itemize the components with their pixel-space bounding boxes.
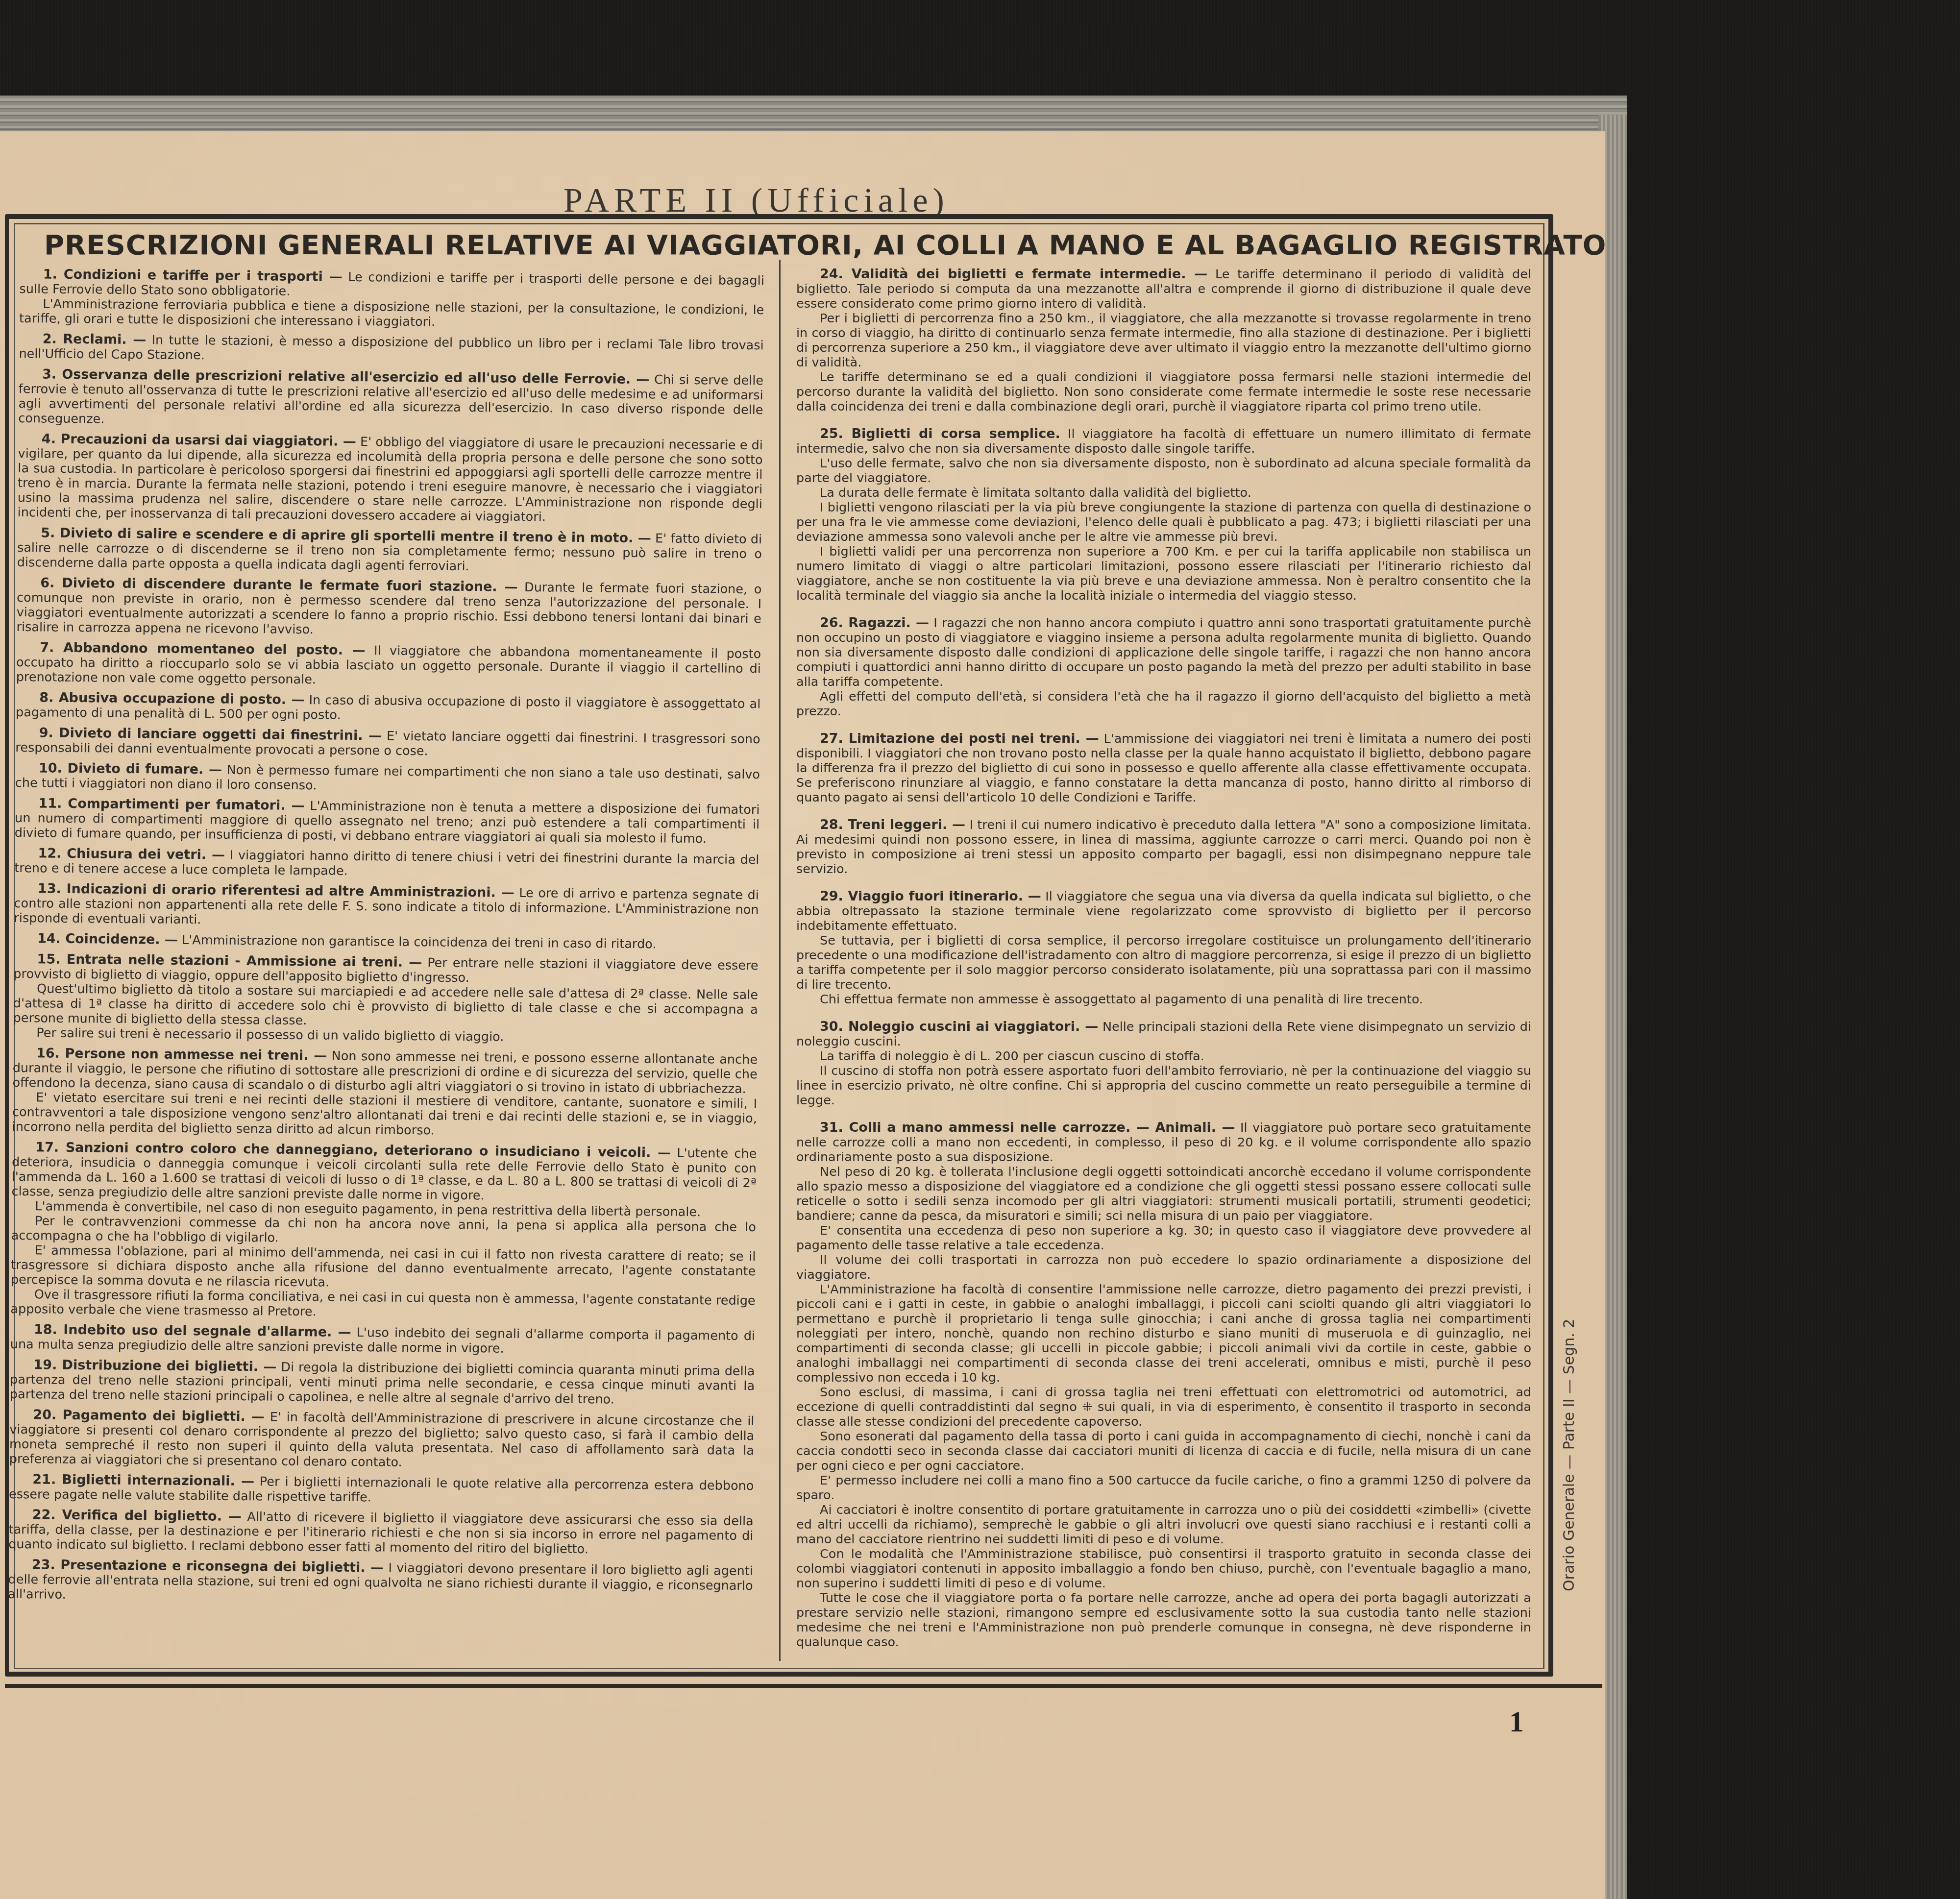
article-heading: Colli a mano ammessi nelle carrozze. — A… [849,1120,1235,1135]
article-paragraph: La durata delle fermate è limitata solta… [796,486,1531,500]
article-heading: Condizioni e tariffe per i trasporti — [64,267,343,285]
article-title: 20. Pagamento dei biglietti. — [33,1407,265,1424]
article-paragraph: 19. Distribuzione dei biglietti. — Di re… [10,1358,755,1408]
article: 20. Pagamento dei biglietti. — E' in fac… [9,1408,755,1473]
article-number: 29. [820,889,843,904]
article-paragraph: Quest'ultimo biglietto dà titolo a sosta… [13,981,758,1032]
article-text: Chi effettua fermate non ammesse è assog… [820,992,1423,1007]
article-paragraph: 27. Limitazione dei posti nei treni. — L… [796,731,1531,805]
article: 17. Sanzioni contro coloro che danneggia… [10,1140,757,1323]
article-number: 12. [38,846,61,861]
article-heading: Treni leggeri. — [848,817,965,832]
article-title: 22. Verifica del biglietto. — [32,1507,242,1524]
article-paragraph: Ai cacciatori è inoltre consentito di po… [796,1503,1531,1547]
article: 18. Indebito uso del segnale d'allarme. … [10,1322,755,1358]
article-heading: Limitazione dei posti nei treni. — [849,731,1099,746]
article-paragraph: E' vietato esercitare sui treni e nei re… [12,1090,758,1141]
article: 12. Chiusura dei vetri. — I viaggiatori … [14,846,759,882]
article-text: I biglietti vengono rilasciati per la vi… [796,500,1531,544]
article-paragraph: 9. Divieto di lanciare oggetti dai fines… [15,726,760,761]
article-text: Per i biglietti di percorrenza fino a 25… [796,311,1531,370]
article: 31. Colli a mano ammessi nelle carrozze.… [796,1120,1531,1650]
article-title: 30. Noleggio cuscini ai viaggiatori. — [820,1019,1098,1034]
article-number: 26. [820,615,843,631]
article-number: 10. [39,760,62,776]
article-text: L'uso delle fermate, salvo che non sia d… [796,456,1531,486]
article-text: L'Amministrazione non garantisce la coin… [182,933,657,951]
article-number: 22. [32,1507,56,1522]
article: 8. Abusiva occupazione di posto. — In ca… [16,690,760,726]
article-heading: Pagamento dei biglietti. — [62,1408,265,1425]
article-paragraph: Con le modalità che l'Amministrazione st… [796,1547,1531,1591]
article-heading: Distribuzione dei biglietti. — [62,1358,276,1375]
article-paragraph: 24. Validità dei biglietti e fermate int… [796,267,1531,311]
article-paragraph: 14. Coincidenze. — L'Amministrazione non… [14,931,759,952]
article: 6. Divieto di discendere durante le ferm… [16,576,761,641]
article-paragraph: E' permesso includere nei colli a mano f… [796,1473,1531,1503]
article-number: 9. [39,725,53,740]
article-paragraph: 31. Colli a mano ammessi nelle carrozze.… [796,1120,1531,1165]
article-heading: Chiusura dei vetri. — [67,846,225,863]
article-paragraph: Chi effettua fermate non ammesse è assog… [796,992,1531,1007]
article-text: E' permesso includere nei colli a mano f… [796,1473,1531,1503]
article: 10. Divieto di fumare. — Non è permesso … [15,761,760,797]
article-paragraph: 8. Abusiva occupazione di posto. — In ca… [16,690,760,726]
article-text: L'Amministrazione ferroviaria pubblica e… [19,296,764,329]
article-paragraph: 3. Osservanza delle prescrizioni relativ… [18,367,763,432]
article-number: 20. [33,1407,56,1422]
article: 22. Verifica del biglietto. — All'atto d… [8,1508,754,1558]
article-paragraph: Il volume dei colli trasportati in carro… [796,1253,1531,1282]
article-number: 15. [37,951,61,967]
column-divider [779,260,781,1661]
article-text: Con le modalità che l'Amministrazione st… [796,1547,1531,1591]
article-number: 2. [43,331,57,346]
article-number: 8. [39,690,53,705]
article-paragraph: 7. Abbandono momentaneo del posto. — Il … [16,640,761,691]
article-text: Il cuscino di stoffa non potrà essere as… [796,1064,1531,1108]
article-heading: Noleggio cuscini ai viaggiatori. — [848,1019,1098,1034]
article-heading: Divieto di fumare. — [68,761,222,778]
article-text: Agli effetti del computo dell'età, si co… [796,689,1531,719]
article-paragraph: Ove il trasgressore rifiuti la forma con… [10,1287,755,1323]
article-paragraph: L'Amministrazione ha facoltà di consenti… [796,1282,1531,1385]
article-number: 28. [820,817,843,832]
article-paragraph: I biglietti vengono rilasciati per la vi… [796,500,1531,544]
left-column: 1. Condizioni e tariffe per i trasporti … [8,267,764,1614]
article-paragraph: 18. Indebito uso del segnale d'allarme. … [10,1322,755,1358]
article-heading: Coincidenze. — [65,931,178,948]
article-number: 5. [41,525,55,540]
article-title: 14. Coincidenze. — [37,931,178,948]
article: 11. Compartimenti per fumatori. — L'Ammi… [15,796,760,847]
article-number: 6. [40,575,54,590]
article-heading: Persone non ammesse nei treni. — [65,1046,327,1064]
article: 29. Viaggio fuori itinerario. — Il viagg… [796,889,1531,1007]
article-heading: Abusiva occupazione di posto. — [59,690,305,707]
article-title: 12. Chiusura dei vetri. — [38,846,225,862]
article-paragraph: Nel peso di 20 kg. è tollerata l'inclusi… [796,1165,1531,1223]
article-number: 3. [42,366,56,382]
article-text: E' vietato esercitare sui treni e nei re… [12,1090,758,1138]
article-paragraph: 26. Ragazzi. — I ragazzi che non hanno a… [796,616,1531,689]
article: 30. Noleggio cuscini ai viaggiatori. — N… [796,1020,1531,1108]
article-title: 26. Ragazzi. — [820,615,929,631]
article-number: 16. [36,1046,60,1061]
article-paragraph: La tariffa di noleggio è di L. 200 per c… [796,1049,1531,1064]
article-title: 24. Validità dei biglietti e fermate int… [820,267,1207,282]
article-title: 29. Viaggio fuori itinerario. — [820,889,1041,904]
article: 23. Presentazione e riconsegna dei bigli… [8,1558,753,1608]
article-paragraph: 28. Treni leggeri. — I treni il cui nume… [796,818,1531,876]
article-number: 11. [38,796,62,811]
article-number: 18. [34,1322,57,1337]
article-paragraph: E' consentita una eccedenza di peso non … [796,1223,1531,1253]
article: 5. Divieto di salire e scendere e di apr… [17,526,762,576]
article-number: 7. [40,640,54,655]
article-paragraph: 4. Precauzioni da usarsi dai viaggiatori… [17,432,763,526]
article-number: 19. [33,1357,57,1372]
article-number: 25. [820,426,843,441]
article-paragraph: I biglietti validi per una percorrenza n… [796,544,1531,603]
article-title: 19. Distribuzione dei biglietti. — [33,1357,276,1374]
article-heading: Verifica del biglietto. — [62,1508,242,1524]
article: 13. Indicazioni di orario riferentesi ad… [14,881,759,932]
article-paragraph: 10. Divieto di fumare. — Non è permesso … [15,761,760,797]
article-heading: Validità dei biglietti e fermate interme… [852,267,1208,282]
article: 9. Divieto di lanciare oggetti dai fines… [15,726,760,761]
side-caption: Orario Generale — Parte II — Segn. 2 [1561,1284,1585,1627]
article-heading: Reclami. — [63,332,146,347]
article-paragraph: 17. Sanzioni contro coloro che danneggia… [11,1140,757,1205]
article: 25. Biglietti di corsa semplice. Il viag… [796,427,1531,603]
article-text: L'Amministrazione ha facoltà di consenti… [796,1282,1531,1385]
article-number: 24. [820,267,843,282]
page-number: 1 [1509,1705,1524,1739]
article-paragraph: Sono esclusi, di massima, i cani di gros… [796,1385,1531,1429]
article-number: 4. [42,431,56,446]
article: 21. Biglietti internazionali. — Per i bi… [9,1472,754,1508]
article-number: 14. [37,931,61,946]
article-paragraph: Se tuttavia, per i biglietti di corsa se… [796,933,1531,992]
article-paragraph: L'Amministrazione ferroviaria pubblica e… [19,296,764,332]
article-text: I biglietti validi per una percorrenza n… [796,544,1531,603]
article-number: 31. [820,1120,843,1135]
article-number: 30. [820,1019,843,1034]
article-text: Quest'ultimo biglietto dà titolo a sosta… [13,981,758,1028]
article-paragraph: Le tariffe determinano se ed a quali con… [796,370,1531,414]
article-paragraph: 29. Viaggio fuori itinerario. — Il viagg… [796,889,1531,933]
article-title: 2. Reclami. — [43,331,147,347]
article: 24. Validità dei biglietti e fermate int… [796,267,1531,414]
article-title: 11. Compartimenti per fumatori. — [38,796,304,813]
article-heading: Biglietti internazionali. — [62,1472,254,1489]
article-text: Il volume dei colli trasportati in carro… [796,1253,1531,1282]
article-text: E' obbligo del viaggiatore di usare le p… [17,435,763,524]
article-heading: Biglietti di corsa semplice. [851,426,1060,441]
article-text: E' ammessa l'oblazione, pari al minimo d… [11,1243,756,1290]
article-paragraph: Agli effetti del computo dell'età, si co… [796,689,1531,719]
main-heading: PRESCRIZIONI GENERALI RELATIVE AI VIAGGI… [44,229,1553,261]
article: 14. Coincidenze. — L'Amministrazione non… [14,931,759,952]
article-paragraph: 16. Persone non ammesse nei treni. — Non… [12,1046,758,1096]
article-paragraph: 25. Biglietti di corsa semplice. Il viag… [796,427,1531,456]
article-paragraph: 12. Chiusura dei vetri. — I viaggiatori … [14,846,759,882]
article-paragraph: 30. Noleggio cuscini ai viaggiatori. — N… [796,1020,1531,1049]
article-heading: Ragazzi. — [848,615,929,631]
article-text: Nel peso di 20 kg. è tollerata l'inclusi… [796,1165,1531,1223]
article-paragraph: 13. Indicazioni di orario riferentesi ad… [14,881,759,932]
article-paragraph: Per i biglietti di percorrenza fino a 25… [796,311,1531,370]
article: 28. Treni leggeri. — I treni il cui nume… [796,818,1531,876]
article-paragraph: 23. Presentazione e riconsegna dei bigli… [8,1558,753,1608]
book-page-edges-top [0,96,1627,135]
article: 1. Condizioni e tariffe per i trasporti … [19,267,764,332]
article-paragraph: 21. Biglietti internazionali. — Per i bi… [9,1472,754,1508]
article: 27. Limitazione dei posti nei treni. — L… [796,731,1531,805]
article-paragraph: L'uso delle fermate, salvo che non sia d… [796,456,1531,486]
article-paragraph: Sono esonerati dal pagamento della tassa… [796,1429,1531,1473]
article-paragraph: Il cuscino di stoffa non potrà essere as… [796,1064,1531,1108]
article-text: Le tariffe determinano se ed a quali con… [796,370,1531,414]
article: 4. Precauzioni da usarsi dai viaggiatori… [17,432,763,526]
article-title: 25. Biglietti di corsa semplice. [820,426,1060,441]
article: 19. Distribuzione dei biglietti. — Di re… [10,1358,755,1408]
article: 26. Ragazzi. — I ragazzi che non hanno a… [796,616,1531,719]
article-heading: Viaggio fuori itinerario. — [848,889,1041,904]
article-text: Se tuttavia, per i biglietti di corsa se… [796,933,1531,992]
article-number: 17. [35,1140,59,1155]
article-text: Tutte le cose che il viaggiatore porta o… [796,1591,1531,1650]
article-text: La durata delle fermate è limitata solta… [820,486,1251,500]
article-text: La tariffa di noleggio è di L. 200 per c… [820,1049,1204,1064]
article-paragraph: 11. Compartimenti per fumatori. — L'Ammi… [15,796,760,847]
article-text: Ai cacciatori è inoltre consentito di po… [796,1503,1531,1547]
article-title: 16. Persone non ammesse nei treni. — [36,1046,327,1063]
article-number: 23. [32,1557,55,1572]
article-paragraph: 5. Divieto di salire e scendere e di apr… [17,526,762,576]
article-number: 21. [32,1472,56,1487]
article-number: 27. [820,731,843,746]
article: 16. Persone non ammesse nei treni. — Non… [12,1046,758,1141]
article-title: 10. Divieto di fumare. — [39,760,222,777]
article-heading: Compartimenti per fumatori. — [68,796,304,813]
article: 3. Osservanza delle prescrizioni relativ… [18,367,763,432]
article-text: E' consentita una eccedenza di peso non … [796,1223,1531,1253]
article-number: 1. [43,267,57,282]
article-text: Sono esonerati dal pagamento della tassa… [796,1429,1531,1473]
article-title: 21. Biglietti internazionali. — [32,1472,254,1489]
article-title: 31. Colli a mano ammessi nelle carrozze.… [820,1120,1235,1135]
right-column: 24. Validità dei biglietti e fermate int… [796,267,1531,1662]
article: 2. Reclami. — In tutte le stazioni, è me… [19,332,763,367]
bottom-rule [5,1684,1602,1688]
article-paragraph: 6. Divieto di discendere durante le ferm… [16,576,761,641]
article-title: 8. Abusiva occupazione di posto. — [39,690,304,707]
article-paragraph: 20. Pagamento dei biglietti. — E' in fac… [9,1408,755,1473]
article-text: Sono esclusi, di massima, i cani di gros… [796,1385,1531,1429]
article-paragraph: 22. Verifica del biglietto. — All'atto d… [8,1508,754,1558]
article-title: 28. Treni leggeri. — [820,817,965,832]
article-title: 27. Limitazione dei posti nei treni. — [820,731,1099,746]
article-paragraph: 2. Reclami. — In tutte le stazioni, è me… [19,332,763,367]
article-paragraph: Tutte le cose che il viaggiatore porta o… [796,1591,1531,1650]
article: 15. Entrata nelle stazioni - Ammissione … [13,952,759,1047]
article-number: 13. [38,881,61,896]
article: 7. Abbandono momentaneo del posto. — Il … [16,640,761,691]
article-paragraph: E' ammessa l'oblazione, pari al minimo d… [11,1243,756,1293]
article-heading: Indebito uso del segnale d'allarme. — [63,1322,351,1340]
